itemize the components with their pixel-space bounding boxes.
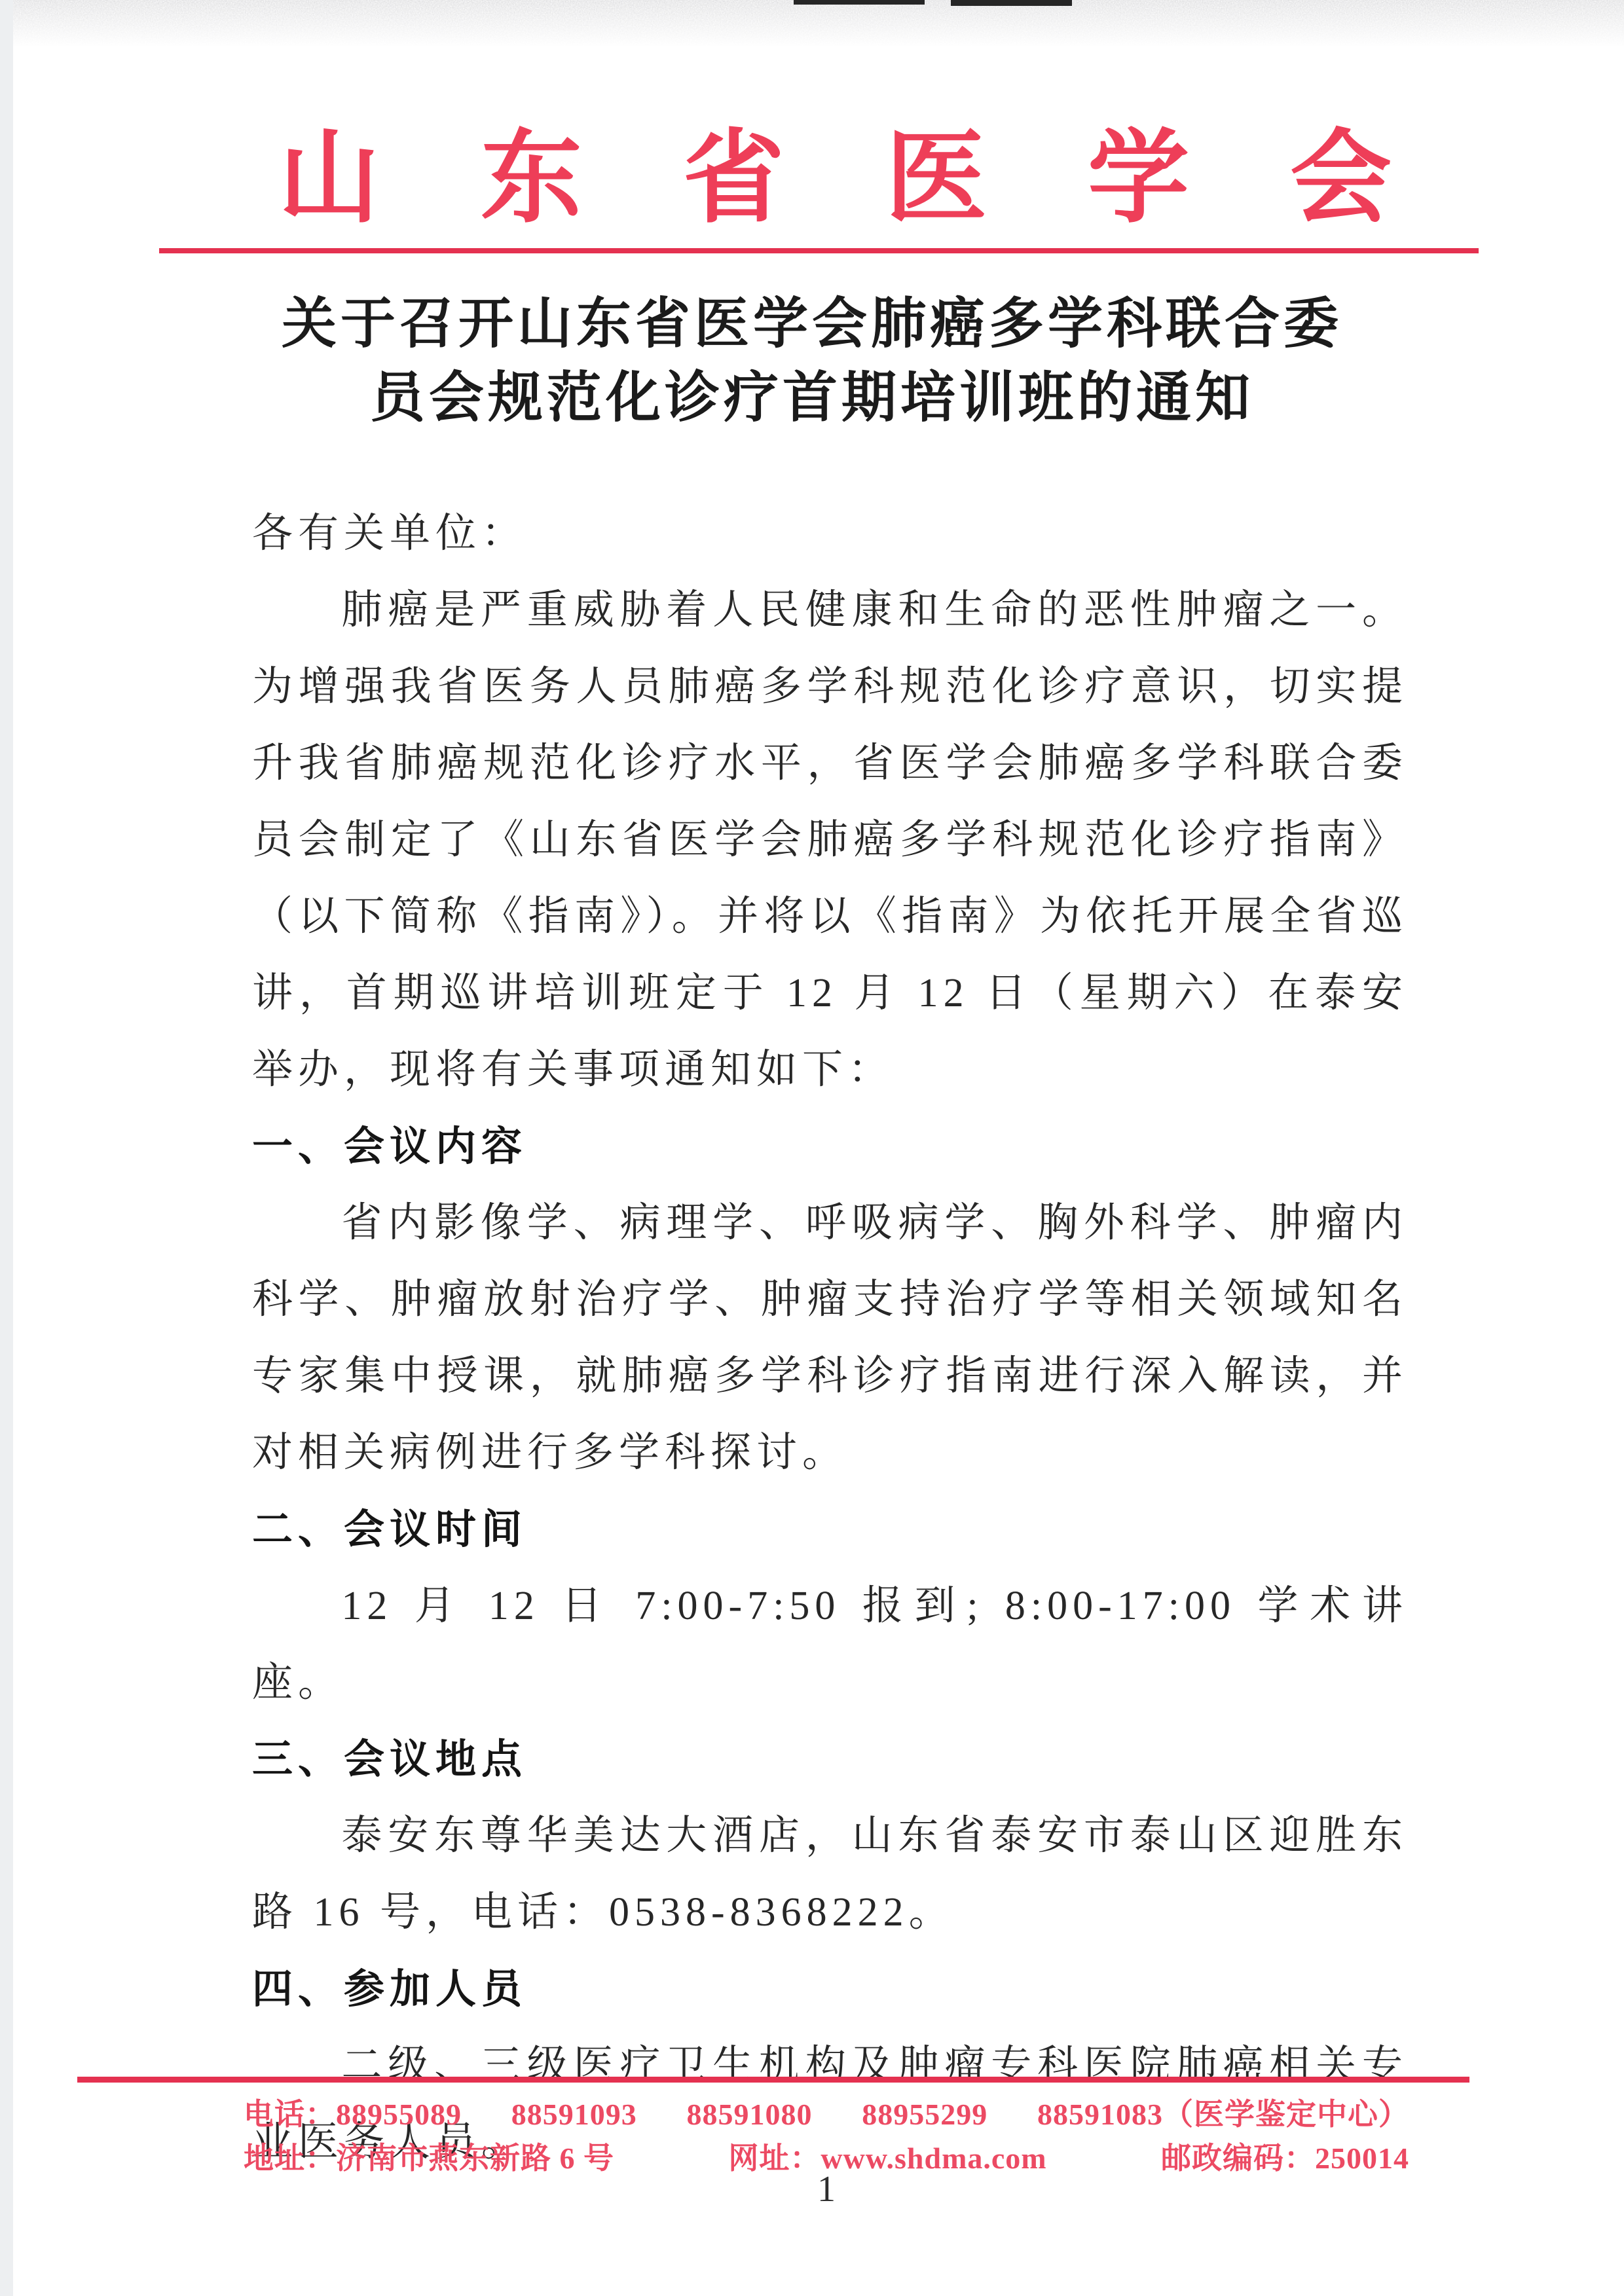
footer-postal-item: 邮政编码：250014 [1161,2134,1409,2178]
document-title: 关于召开山东省医学会肺癌多学科联合委 员会规范化诊疗首期培训班的通知 [0,287,1624,435]
footer-phone-item: 电话：88955089 [244,2090,462,2134]
org-char: 学 [1088,117,1189,241]
postal-label: 邮政编码： [1161,2141,1315,2175]
salutation: 各有关单位： [252,496,1408,572]
section-2-heading: 二、会议时间 [252,1491,1408,1568]
phone-number: 88591080 [687,2097,813,2132]
footer-address-item: 地址：济南市燕东新路 6 号 [244,2134,614,2178]
letterhead-org-name: 山 东 省 医 学 会 [278,117,1392,241]
footer-rule [77,2077,1469,2083]
page-number: 1 [817,2168,836,2210]
section-1-paragraph: 省内影像学、病理学、呼吸病学、胸外科学、肿瘤内科学、肿瘤放射治疗学、肿瘤支持治疗… [252,1185,1408,1491]
scan-artifact-bar [794,0,925,5]
phone-number: 88591083（医学鉴定中心） [1037,2090,1409,2134]
footer-website-item: 网址：www.shdma.com [728,2134,1046,2178]
section-3-paragraph: 泰安东尊华美达大酒店，山东省泰安市泰山区迎胜东路 16 号，电话：0538-83… [252,1798,1408,1951]
phone-label: 电话： [244,2098,336,2131]
phone-number: 88591093 [511,2097,637,2132]
section-4-heading: 四、参加人员 [252,1951,1408,2028]
letterhead-rule [159,248,1479,253]
section-1-heading: 一、会议内容 [252,1108,1408,1185]
intro-paragraph: 肺癌是严重威胁着人民健康和生命的恶性肿瘤之一。为增强我省医务人员肺癌多学科规范化… [252,572,1408,1108]
footer-phone-row: 电话：88955089 88591093 88591080 88955299 8… [244,2090,1409,2134]
scan-noise-band [0,0,1624,47]
org-char: 会 [1290,117,1392,241]
website-label: 网址： [728,2141,821,2175]
org-char: 医 [885,117,987,241]
phone-number: 88955299 [862,2097,987,2132]
org-char: 山 [278,117,380,241]
document-page: 山 东 省 医 学 会 关于召开山东省医学会肺癌多学科联合委 员会规范化诊疗首期… [0,0,1624,2296]
address-value: 济南市燕东新路 6 号 [336,2141,614,2175]
postal-value: 250014 [1315,2141,1409,2175]
phone-number: 88955089 [336,2098,462,2131]
section-3-heading: 三、会议地点 [252,1721,1408,1798]
scan-artifact-bar [951,0,1072,6]
document-title-line2: 员会规范化诊疗首期培训班的通知 [0,361,1624,435]
document-body: 各有关单位： 肺癌是严重威胁着人民健康和生命的恶性肿瘤之一。为增强我省医务人员肺… [252,496,1408,2181]
document-title-line1: 关于召开山东省医学会肺癌多学科联合委 [0,287,1624,361]
section-2-paragraph: 12 月 12 日 7:00-7:50 报到; 8:00-17:00 学术讲座。 [252,1568,1408,1721]
website-value: www.shdma.com [821,2141,1046,2175]
org-char: 东 [481,117,582,241]
org-char: 省 [683,117,784,241]
address-label: 地址： [244,2141,336,2175]
